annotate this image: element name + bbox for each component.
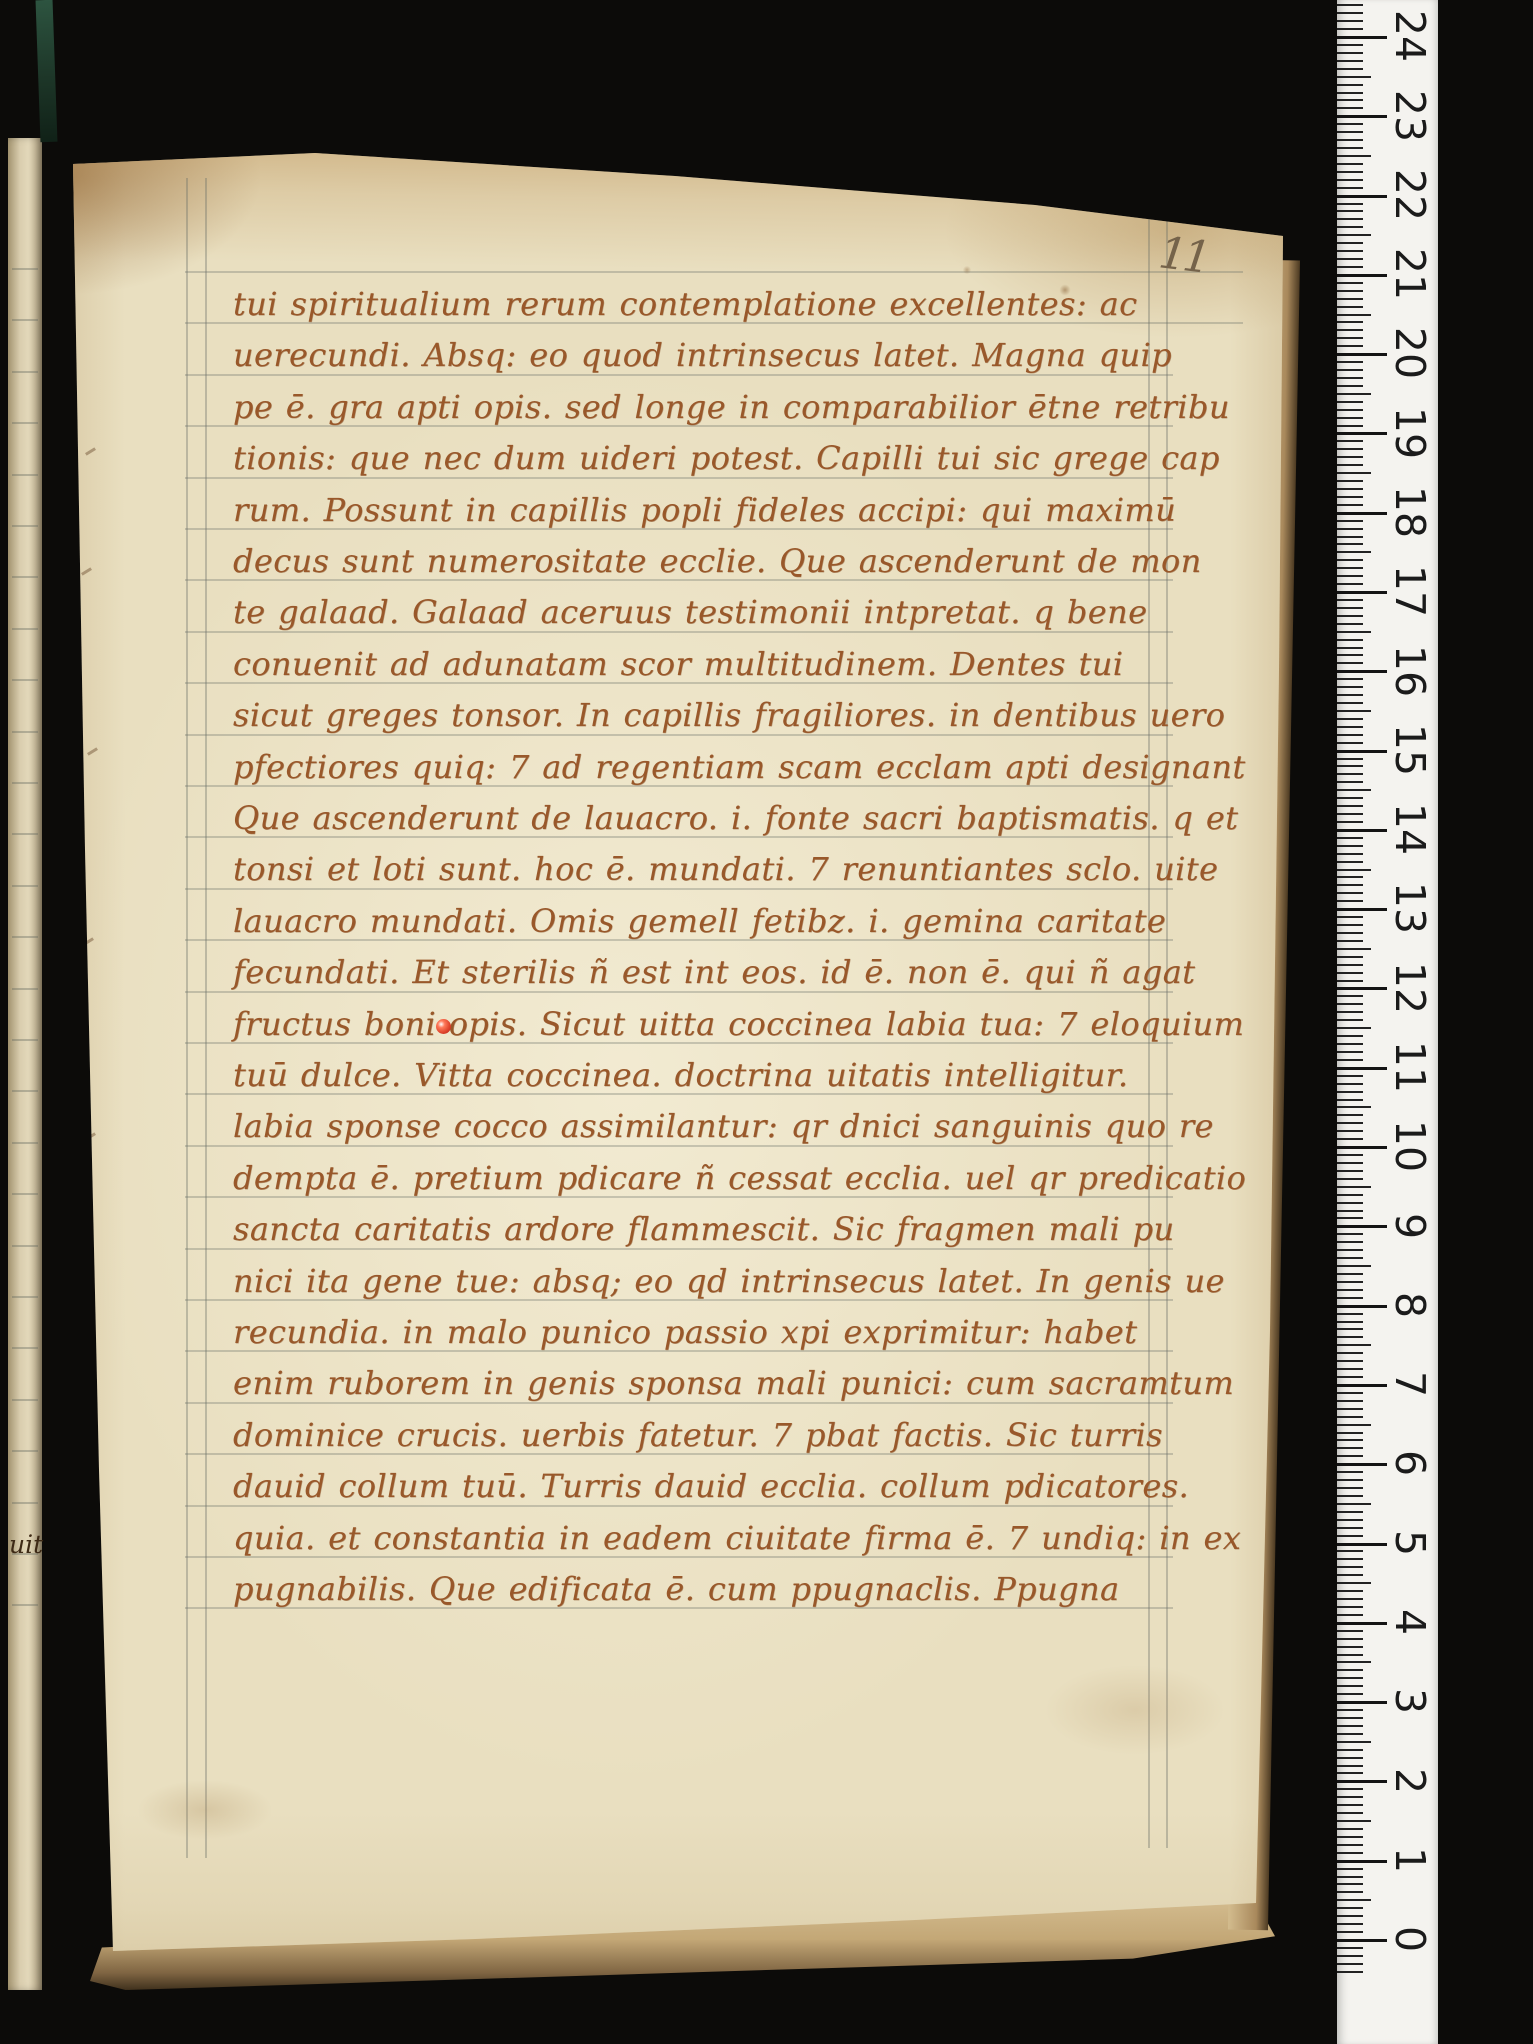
ruler-tick — [1337, 1852, 1363, 1854]
ruler-tick — [1337, 1812, 1363, 1814]
ruler-tick — [1337, 1099, 1363, 1101]
ruler-tick — [1337, 1321, 1363, 1323]
ruler-tick — [1337, 559, 1363, 561]
ruler-tick — [1337, 1463, 1387, 1466]
ruler-tick — [1337, 924, 1363, 926]
ruler-tick — [1337, 1558, 1363, 1560]
ruler-tick — [1337, 773, 1363, 775]
ruler-label: 24 — [1386, 10, 1434, 62]
ruler-tick — [1337, 401, 1363, 403]
ruler-tick — [1337, 1519, 1363, 1521]
facing-ruled-line — [12, 628, 38, 630]
ruler-tick — [1337, 1566, 1363, 1568]
ruler-tick — [1337, 599, 1363, 601]
manuscript-line: dempta ē. pretium pdicare ñ cessat eccli… — [233, 1156, 1246, 1206]
ruler-tick — [1337, 44, 1363, 46]
ruler-tick — [1337, 1083, 1363, 1085]
ruler-tick — [1337, 226, 1363, 228]
ruler-label: 0 — [1386, 1926, 1434, 1952]
manuscript-line: pfectiores quiq: 7 ad regentiam scam ecc… — [233, 745, 1246, 795]
ruler-tick — [1337, 1661, 1371, 1663]
ruler-tick — [1337, 845, 1363, 847]
ruler-tick — [1337, 274, 1387, 277]
ruler-tick — [1337, 1915, 1363, 1917]
ruler-tick — [1337, 758, 1363, 760]
ruler-tick — [1337, 1194, 1363, 1196]
ruler-tick — [1337, 853, 1363, 855]
ruler-tick — [1337, 710, 1371, 712]
ruler-label: 6 — [1386, 1450, 1434, 1476]
ruler-tick — [1337, 607, 1363, 609]
ruler-tick — [1337, 543, 1363, 545]
ruler-tick — [1337, 1899, 1371, 1901]
ruler-tick — [1337, 1432, 1363, 1434]
ruler-tick — [1337, 678, 1363, 680]
ruler-tick — [1337, 861, 1363, 863]
ruler-tick — [1337, 1479, 1363, 1481]
ruler-tick — [1337, 1495, 1363, 1497]
ruler-tick — [1337, 1162, 1363, 1164]
ruler-tick — [1337, 472, 1371, 474]
ruler-tick — [1337, 1844, 1363, 1846]
ruler-label: 2 — [1386, 1768, 1434, 1794]
ruler-tick — [1337, 290, 1363, 292]
ruler-tick — [1337, 76, 1371, 78]
ruler-tick — [1337, 1408, 1363, 1410]
ruler-tick — [1337, 1455, 1363, 1457]
ruler-tick — [1337, 940, 1363, 942]
ruler-tick — [1337, 1241, 1363, 1243]
ruler-tick — [1337, 1582, 1371, 1584]
ruler-tick — [1337, 1217, 1363, 1219]
ruler-tick — [1337, 258, 1363, 260]
prick-mark — [84, 1707, 95, 1715]
ruler-tick — [1337, 1733, 1363, 1735]
ruler-tick — [1337, 900, 1363, 902]
facing-page-text-fragment: uit — [9, 1530, 43, 1559]
facing-ruled-line — [12, 1039, 38, 1041]
ruler-tick — [1337, 520, 1363, 522]
facing-ruled-line — [12, 371, 38, 373]
ruler-tick — [1337, 1091, 1363, 1093]
manuscript-line: lauacro mundati. Omis gemell fetibz. i. … — [233, 899, 1166, 949]
facing-ruled-line — [12, 936, 38, 938]
ruler-tick — [1337, 1947, 1363, 1949]
ruler-tick — [1337, 171, 1363, 173]
ruler-tick — [1337, 1820, 1371, 1822]
ruler-tick — [1337, 821, 1363, 823]
ruler-tick — [1337, 1376, 1363, 1378]
ruler-tick — [1337, 1281, 1363, 1283]
manuscript-line: enim ruborem in genis sponsa mali punici… — [233, 1361, 1234, 1411]
ruler-tick — [1337, 179, 1363, 181]
ruler-tick — [1337, 1527, 1363, 1529]
ruler-tick — [1337, 567, 1363, 569]
ruler-tick — [1337, 1233, 1363, 1235]
ruler-tick — [1337, 662, 1363, 664]
ruler-tick — [1337, 1574, 1363, 1576]
ruler-tick — [1337, 1249, 1363, 1251]
red-ink-dot — [436, 1019, 451, 1034]
ruler-tick — [1337, 314, 1371, 316]
ruler-tick — [1337, 1202, 1363, 1204]
ruler-tick — [1337, 1654, 1363, 1656]
ruler-label: 9 — [1386, 1213, 1434, 1239]
ruler-label: 7 — [1386, 1371, 1434, 1397]
ruler-tick — [1337, 1765, 1363, 1767]
prick-mark — [85, 447, 96, 455]
ruler-tick — [1337, 1075, 1363, 1077]
ruler-tick — [1337, 536, 1363, 538]
facing-ruled-line — [12, 988, 38, 990]
ruler-tick — [1337, 956, 1363, 958]
ruler-tick — [1337, 409, 1363, 411]
ruler-label: 1 — [1386, 1847, 1434, 1873]
ruler-tick — [1337, 647, 1363, 649]
facing-ruled-line — [12, 833, 38, 835]
ruler-tick — [1337, 1471, 1363, 1473]
ruler-tick — [1337, 1114, 1363, 1116]
ruler-tick — [1337, 1701, 1387, 1704]
ruler-tick — [1337, 1891, 1363, 1893]
ruler-label: 3 — [1386, 1688, 1434, 1714]
ruler-tick — [1337, 948, 1371, 950]
facing-ruled-line — [12, 1450, 38, 1452]
prick-mark — [86, 1522, 97, 1530]
ruler-tick — [1337, 1883, 1363, 1885]
ruler-tick — [1337, 1130, 1363, 1132]
ruler-tick — [1337, 1360, 1363, 1362]
ruler-tick — [1337, 464, 1363, 466]
ruler-tick — [1337, 1543, 1387, 1546]
ruler-tick — [1337, 1011, 1363, 1013]
manuscript-line: pugnabilis. Que edificata ē. cum ppugnac… — [233, 1567, 1119, 1617]
manuscript-line: decus sunt numerositate ecclie. Que asce… — [233, 539, 1202, 589]
margin-rule — [186, 178, 188, 1858]
ruler-tick — [1337, 425, 1363, 427]
ruler-tick — [1337, 84, 1363, 86]
manuscript-line: sicut greges tonsor. In capillis fragili… — [233, 693, 1225, 743]
ruler-tick — [1337, 916, 1363, 918]
ruler-tick — [1337, 385, 1363, 387]
ruler-tick — [1337, 448, 1363, 450]
ruler-tick — [1337, 813, 1363, 815]
ruler-tick — [1337, 1939, 1387, 1942]
ruler-tick — [1337, 1709, 1363, 1711]
ruler-tick — [1337, 329, 1363, 331]
facing-ruled-line — [12, 268, 38, 270]
ruler-label: 18 — [1386, 486, 1434, 538]
ruler-tick — [1337, 266, 1363, 268]
ruler-tick — [1337, 1178, 1363, 1180]
ruler-tick — [1337, 488, 1363, 490]
ruler-tick — [1337, 670, 1387, 673]
ruler-tick — [1337, 68, 1363, 70]
manuscript-line: nici ita gene tue: absq; eo qd intrinsec… — [233, 1259, 1225, 1309]
manuscript-line: pe ē. gra apti opis. sed longe in compar… — [233, 385, 1230, 435]
ruler-tick — [1337, 496, 1363, 498]
manuscript-line: dominice crucis. uerbis fatetur. 7 pbat … — [233, 1413, 1163, 1463]
ruler-tick — [1337, 591, 1387, 594]
manuscript-line: recundia. in malo punico passio xpi expr… — [233, 1310, 1137, 1360]
ruler-tick — [1337, 829, 1387, 832]
facing-ruled-line — [12, 1296, 38, 1298]
ruler-tick — [1337, 1669, 1363, 1671]
ruler-tick — [1337, 837, 1363, 839]
ruler-tick — [1337, 1027, 1371, 1029]
ruler-tick — [1337, 210, 1363, 212]
ruler-tick — [1337, 1265, 1371, 1267]
facing-ruled-line — [12, 422, 38, 424]
ruler-tick — [1337, 1384, 1387, 1387]
ruler-tick — [1337, 1725, 1363, 1727]
ruler-tick — [1337, 1210, 1363, 1212]
ruler-tick — [1337, 575, 1363, 577]
manuscript-line: uerecundi. Absq: eo quod intrinsecus lat… — [233, 333, 1172, 383]
ruler-tick — [1337, 1741, 1371, 1743]
ruler-tick — [1337, 1257, 1363, 1259]
ruler-tick — [1337, 1876, 1363, 1878]
ruler-label: 4 — [1386, 1609, 1434, 1635]
ruler-tick — [1337, 694, 1363, 696]
ruler-tick — [1337, 36, 1387, 39]
manuscript-line: dauid collum tuū. Turris dauid ecclia. c… — [233, 1464, 1189, 1514]
ruler-tick — [1337, 892, 1363, 894]
ruler-tick — [1337, 1931, 1363, 1933]
facing-ruled-line — [12, 1347, 38, 1349]
ruler-tick — [1337, 1273, 1363, 1275]
ruler-tick — [1337, 123, 1363, 125]
prick-mark — [83, 937, 94, 945]
ruler-tick — [1337, 789, 1371, 791]
ruler-tick — [1337, 654, 1363, 656]
ruler-tick — [1337, 869, 1371, 871]
ruler-tick — [1337, 932, 1363, 934]
manuscript-line: fecundati. Et sterilis ñ est int eos. id… — [233, 950, 1195, 1000]
ruler-tick — [1337, 282, 1363, 284]
ruler-label: 21 — [1386, 248, 1434, 300]
ruler-tick — [1337, 631, 1371, 633]
ruler-tick — [1337, 615, 1363, 617]
ruler-tick — [1337, 28, 1363, 30]
ruler-tick — [1337, 528, 1363, 530]
facing-ruled-line — [12, 679, 38, 681]
ruler-tick — [1337, 480, 1363, 482]
ruler-tick — [1337, 1305, 1387, 1308]
ruler-tick — [1337, 1313, 1363, 1315]
ruler-label: 5 — [1386, 1530, 1434, 1556]
ruler-tick — [1337, 1860, 1387, 1863]
ruler-tick — [1337, 1059, 1363, 1061]
ruler-tick — [1337, 1138, 1363, 1140]
manuscript-line: te galaad. Galaad aceruus testimonii int… — [233, 590, 1147, 640]
ruler-tick — [1337, 52, 1363, 54]
ruler-tick — [1337, 512, 1387, 515]
facing-page-edge: uit — [8, 138, 42, 1990]
ruler-label: 15 — [1386, 724, 1434, 776]
facing-ruled-line — [12, 1399, 38, 1401]
ruler-tick — [1337, 1035, 1363, 1037]
ruler-tick — [1337, 1836, 1363, 1838]
prick-mark — [82, 1327, 93, 1335]
ruler-tick — [1337, 1003, 1363, 1005]
ruler-tick — [1337, 1614, 1363, 1616]
ruler-tick — [1337, 1868, 1363, 1870]
ruler-tick — [1337, 1289, 1363, 1291]
ruler-tick — [1337, 623, 1363, 625]
ruler-tick — [1337, 1828, 1363, 1830]
ruler-tick — [1337, 1447, 1363, 1449]
ruler-tick — [1337, 1487, 1363, 1489]
ruler-tick — [1337, 1971, 1363, 1973]
ruler-tick — [1337, 1106, 1371, 1108]
manuscript-line: rum. Possunt in capillis popli fideles a… — [233, 488, 1176, 538]
ruler-tick — [1337, 393, 1371, 395]
ruler-tick — [1337, 369, 1363, 371]
ruler-tick — [1337, 1535, 1363, 1537]
facing-ruled-line — [12, 1193, 38, 1195]
facing-ruled-line — [12, 1090, 38, 1092]
folio-number: 11 — [1156, 227, 1210, 283]
manuscript-photo: uit tui spiritualium rerum contemplation… — [0, 0, 1533, 2044]
ruler-tick — [1337, 702, 1363, 704]
ruler-tick — [1337, 639, 1363, 641]
ruler-tick — [1337, 1963, 1363, 1965]
ruler-label: 22 — [1386, 169, 1434, 221]
ruler-tick — [1337, 1067, 1387, 1070]
ruler-tick — [1337, 345, 1363, 347]
ruler-tick — [1337, 1622, 1387, 1625]
ruler-tick — [1337, 377, 1363, 379]
prick-mark — [81, 567, 92, 575]
ruler-tick — [1337, 1146, 1387, 1149]
ruler-tick — [1337, 1424, 1371, 1426]
manuscript-line: fructus boni opis. Sicut uitta coccinea … — [233, 1002, 1244, 1052]
ruler-label: 13 — [1386, 882, 1434, 934]
ruler-tick — [1337, 1122, 1363, 1124]
ruler-tick — [1337, 504, 1363, 506]
manuscript-line: tonsi et loti sunt. hoc ē. mundati. 7 re… — [233, 847, 1218, 897]
ruler-label: 14 — [1386, 803, 1434, 855]
manuscript-line: tionis: que nec dum uideri potest. Capil… — [233, 436, 1220, 486]
ruler-tick — [1337, 20, 1363, 22]
ruler-tick — [1337, 218, 1363, 220]
ruler-tick — [1337, 440, 1363, 442]
ruler-tick — [1337, 797, 1363, 799]
facing-ruled-line — [12, 1502, 38, 1504]
ruler-tick — [1337, 147, 1363, 149]
ruler-tick — [1337, 1550, 1363, 1552]
ruler-tick — [1337, 1170, 1363, 1172]
ruler-tick — [1337, 726, 1363, 728]
ruler-tick — [1337, 972, 1363, 974]
ruler-tick — [1337, 432, 1387, 435]
facing-ruled-line — [12, 885, 38, 887]
ruler-tick — [1337, 131, 1363, 133]
ruler-label: 11 — [1386, 1041, 1434, 1093]
ruler-tick — [1337, 750, 1387, 753]
ruler-tick — [1337, 155, 1371, 157]
ruler-tick — [1337, 987, 1387, 990]
ruler-tick — [1337, 980, 1363, 982]
manuscript-page: tui spiritualium rerum contemplatione ex… — [55, 150, 1290, 2002]
ruler-tick — [1337, 1439, 1363, 1441]
ruler-tick — [1337, 1352, 1363, 1354]
ruler-tick — [1337, 742, 1363, 744]
margin-rule — [205, 178, 207, 1858]
ruler-label: 19 — [1386, 407, 1434, 459]
ruler-tick — [1337, 1154, 1363, 1156]
ruler-tick — [1337, 1344, 1371, 1346]
manuscript-line: conuenit ad adunatam scor multitudinem. … — [233, 642, 1123, 692]
ruler-tick — [1337, 1019, 1363, 1021]
ruler-tick — [1337, 805, 1363, 807]
facing-ruled-line — [12, 319, 38, 321]
ruler-tick — [1337, 250, 1363, 252]
facing-ruled-line — [12, 1604, 38, 1606]
facing-ruled-line — [12, 782, 38, 784]
ruler-tick — [1337, 1638, 1363, 1640]
ruler-tick — [1337, 1955, 1363, 1957]
ruler-tick — [1337, 4, 1363, 6]
ruler-label: 20 — [1386, 327, 1434, 379]
ruler-tick — [1337, 1590, 1363, 1592]
manuscript-line: sancta caritatis ardore flammescit. Sic … — [233, 1207, 1175, 1257]
ruler-tick — [1337, 964, 1363, 966]
bookmark-ribbon — [36, 0, 58, 142]
ruler-tick — [1337, 195, 1387, 198]
ruler-tick — [1337, 1804, 1363, 1806]
manuscript-line: tuū dulce. Vitta coccinea. doctrina uita… — [233, 1053, 1128, 1103]
ruler-tick — [1337, 686, 1363, 688]
ruler-tick — [1337, 718, 1363, 720]
ruler-tick — [1337, 1598, 1363, 1600]
ruler-tick — [1337, 1717, 1363, 1719]
ruler-tick — [1337, 456, 1363, 458]
ruler-tick — [1337, 1630, 1363, 1632]
prick-mark — [85, 1132, 96, 1140]
ruler-tick — [1337, 203, 1363, 205]
ruler-tick — [1337, 12, 1363, 14]
ruler-tick — [1337, 337, 1363, 339]
ruler-tick — [1337, 99, 1363, 101]
ruler-tick — [1337, 1043, 1363, 1045]
ruler-tick — [1337, 781, 1363, 783]
ruler-tick — [1337, 163, 1363, 165]
ruler-tick — [1337, 1796, 1363, 1798]
ruler-tick — [1337, 60, 1363, 62]
ruler-tick — [1337, 321, 1363, 323]
facing-ruled-line — [12, 1142, 38, 1144]
ruler-tick — [1337, 1503, 1371, 1505]
ruler-tick — [1337, 139, 1363, 141]
ruled-line — [185, 271, 1243, 273]
ruler-tick — [1337, 92, 1363, 94]
manuscript-line: quia. et constantia in eadem ciuitate fi… — [233, 1516, 1241, 1566]
ruler-tick — [1337, 107, 1363, 109]
ruler-label: 10 — [1386, 1120, 1434, 1172]
manuscript-line: tui spiritualium rerum contemplatione ex… — [233, 282, 1137, 332]
ruler-tick — [1337, 242, 1363, 244]
manuscript-line: Que ascenderunt de lauacro. i. fonte sac… — [233, 796, 1238, 846]
ruler-tick — [1337, 884, 1363, 886]
ruler-tick — [1337, 734, 1363, 736]
ruler-tick — [1337, 353, 1387, 356]
ruler-tick — [1337, 995, 1363, 997]
facing-ruled-line — [12, 731, 38, 733]
ruler-tick — [1337, 1606, 1363, 1608]
facing-ruled-line — [12, 1245, 38, 1247]
